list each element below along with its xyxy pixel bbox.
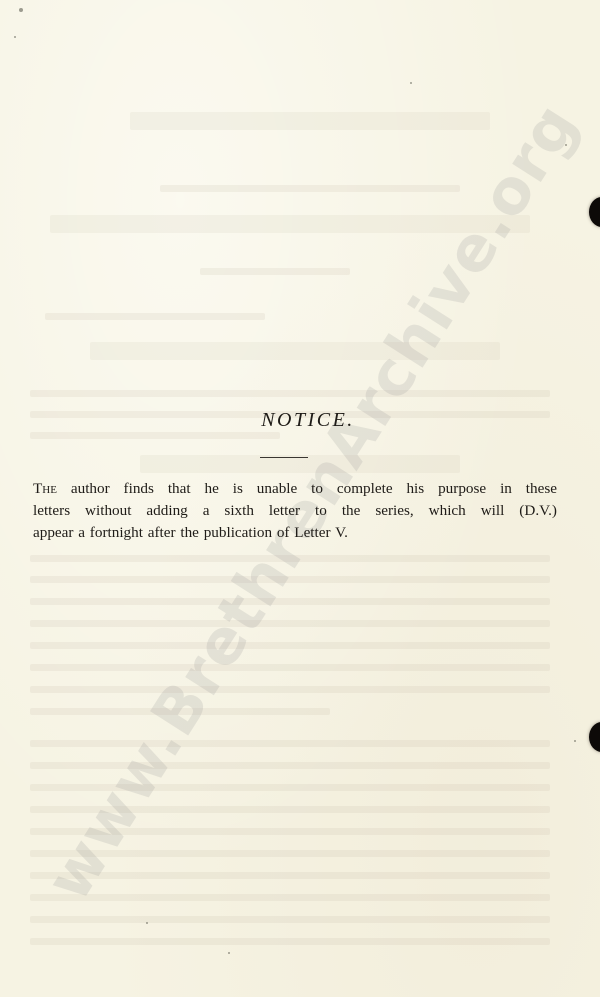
paper-speck (146, 922, 148, 924)
paragraph-line-1: The author finds that he is unable to co… (33, 478, 557, 500)
paper-speck (19, 8, 23, 12)
paper-speck (228, 952, 230, 954)
paragraph-lead-word: The (33, 480, 57, 497)
heading-divider-rule (260, 457, 308, 458)
paragraph-line-3: appear a fortnight after the publication… (33, 522, 557, 544)
notice-heading: NOTICE. (8, 409, 600, 432)
paper-speck (410, 82, 412, 84)
binding-hole-top (589, 197, 600, 227)
paper-speck (14, 36, 16, 38)
paragraph-line-2: letters without adding a sixth letter to… (33, 500, 557, 522)
paper-speck (565, 144, 567, 146)
paragraph-line-1-text: author finds that he is unable to comple… (57, 480, 557, 497)
notice-paragraph: The author finds that he is unable to co… (33, 478, 557, 544)
scanned-page: www.BrethrenArchive.org NOTICE. The auth… (0, 0, 600, 997)
binding-hole-bottom (589, 722, 600, 752)
paper-speck (574, 740, 576, 742)
